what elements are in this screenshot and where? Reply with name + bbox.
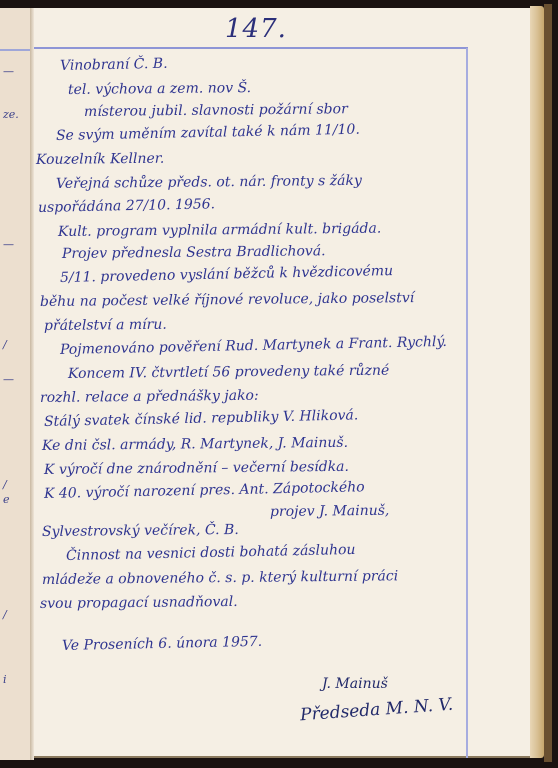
handwritten-line: přátelství a míru. — [44, 317, 167, 334]
handwritten-line: K výročí dne znárodnění – večerní besídk… — [44, 459, 349, 478]
signature-name: J. Mainuš — [322, 676, 388, 692]
handwritten-line: tel. výchova a zem. nov Š. — [68, 80, 251, 98]
handwritten-line: místerou jubil. slavnosti požární sbor — [84, 101, 348, 120]
handwritten-line: Koncem IV. čtvrtletí 56 provedeny také r… — [68, 363, 389, 382]
handwritten-line: Kouzelník Kellner. — [36, 151, 164, 168]
handwritten-line: Vinobraní Č. B. — [60, 56, 168, 74]
book-cover-edge — [544, 4, 552, 762]
left-page-mark: i — [3, 673, 7, 686]
left-page: — ze. — / — / e / i — [0, 8, 31, 760]
handwritten-line: Ke dni čsl. armády, R. Martynek, J. Main… — [42, 435, 348, 454]
left-page-mark: e — [3, 493, 10, 506]
handwritten-line: svou propagací usnadňoval. — [40, 594, 238, 612]
handwritten-line: Kult. program vyplnila armádní kult. bri… — [58, 221, 381, 240]
margin-rule — [466, 48, 468, 758]
left-page-mark: ze. — [3, 108, 19, 121]
left-page-mark: / — [3, 608, 7, 621]
header-rule — [34, 47, 468, 49]
handwritten-line: Projev přednesla Sestra Bradlichová. — [62, 243, 326, 262]
left-page-mark: — — [3, 238, 14, 251]
left-page-mark: — — [3, 65, 14, 78]
handwritten-line: Veřejná schůze předs. ot. nár. fronty s … — [56, 173, 362, 192]
page-number: 147. — [225, 14, 287, 44]
left-page-mark: / — [3, 338, 7, 351]
handwritten-line: Sylvestrovský večírek, Č. B. — [42, 522, 239, 540]
left-page-rule — [0, 49, 30, 51]
handwritten-line: rozhl. relace a přednášky jako: — [40, 388, 259, 406]
left-page-mark: / — [3, 478, 7, 491]
left-page-mark: — — [3, 373, 14, 386]
handwritten-line: projev J. Mainuš, — [270, 503, 389, 520]
page-edges — [530, 6, 544, 758]
